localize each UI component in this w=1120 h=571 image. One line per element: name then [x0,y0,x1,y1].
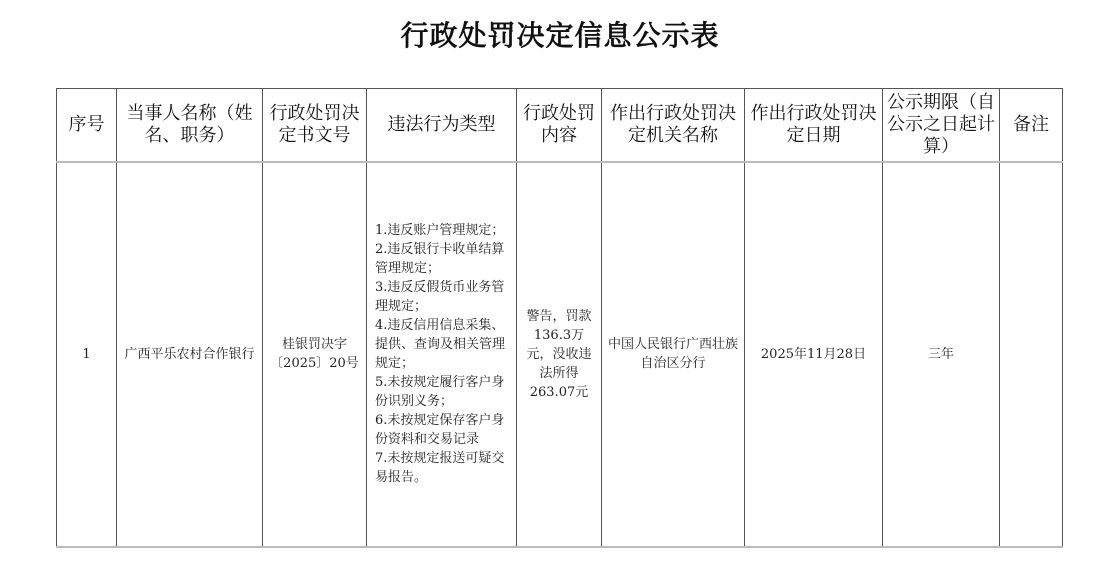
violation-item: 4.违反信用信息采集、提供、查询及相关管理规定； [375,316,510,373]
header-violation-type: 违法行为类型 [367,89,517,162]
cell-penalty-content: 警告，罚款136.3万元，没收违法所得263.07元 [517,162,602,547]
header-decision-date: 作出行政处罚决定日期 [745,89,883,162]
header-decision-number: 行政处罚决定书文号 [263,89,367,162]
violation-item: 2.违反银行卡收单结算管理规定； [375,240,510,278]
header-remarks: 备注 [1000,89,1063,162]
cell-publicity-period: 三年 [883,162,1000,547]
cell-authority: 中国人民银行广西壮族自治区分行 [602,162,745,547]
cell-party-name: 广西平乐农村合作银行 [117,162,263,547]
violation-item: 5.未按规定履行客户身份识别义务； [375,373,510,411]
header-authority: 作出行政处罚决定机关名称 [602,89,745,162]
table-header-row: 序号 当事人名称（姓名、职务） 行政处罚决定书文号 违法行为类型 行政处罚内容 … [57,89,1063,162]
header-publicity-period: 公示期限（自公示之日起计算） [883,89,1000,162]
cell-violations: 1.违反账户管理规定； 2.违反银行卡收单结算管理规定； 3.违反反假货币业务管… [367,162,517,547]
penalty-info-table: 序号 当事人名称（姓名、职务） 行政处罚决定书文号 违法行为类型 行政处罚内容 … [56,88,1063,548]
violation-item: 3.违反反假货币业务管理规定； [375,278,510,316]
header-party-name: 当事人名称（姓名、职务） [117,89,263,162]
violation-item: 1.违反账户管理规定； [375,221,510,240]
cell-remarks [1000,162,1063,547]
page-title: 行政处罚决定信息公示表 [0,14,1120,54]
header-index: 序号 [57,89,117,162]
violation-item: 6.未按规定保存客户身份资料和交易记录 [375,411,510,449]
header-penalty-content: 行政处罚内容 [517,89,602,162]
table-row: 1 广西平乐农村合作银行 桂银罚决字〔2025〕20号 1.违反账户管理规定； … [57,162,1063,547]
cell-decision-date: 2025年11月28日 [745,162,883,547]
cell-decision-number: 桂银罚决字〔2025〕20号 [263,162,367,547]
violation-item: 7.未按规定报送可疑交易报告。 [375,449,510,487]
cell-index: 1 [57,162,117,547]
